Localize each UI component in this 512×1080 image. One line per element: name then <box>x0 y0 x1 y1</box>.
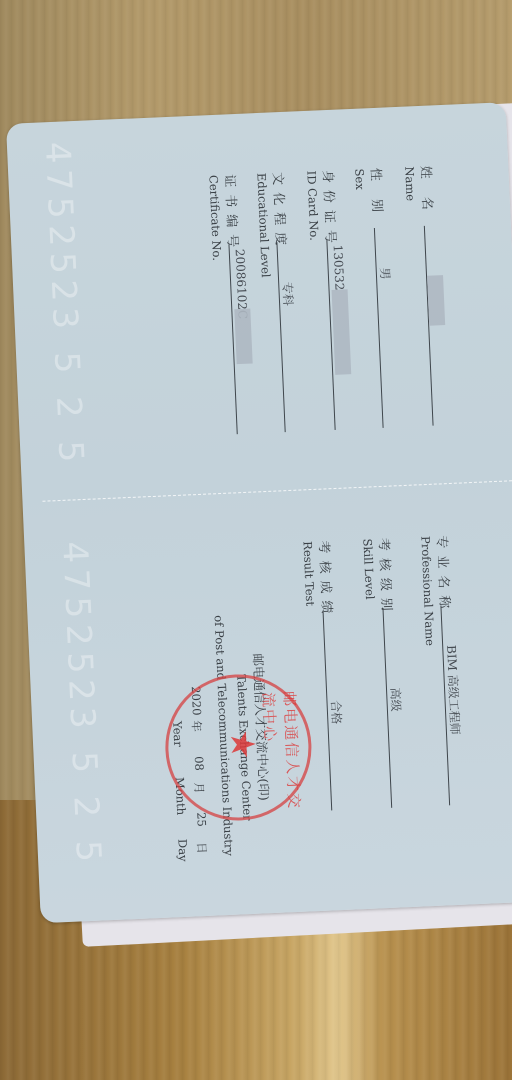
value-education: 专科 <box>279 281 297 306</box>
certificate-booklet: 4752523 5 2 5 4752523 5 2 5 姓 名 Name 性 别… <box>6 102 512 923</box>
redacted-name <box>427 275 445 326</box>
certificate-content: 姓 名 Name 性 别 Sex 男 身份证号 ID Card No. 1305… <box>6 102 512 923</box>
label-education-cn: 文化程度 <box>269 172 291 253</box>
redacted-id <box>332 289 352 375</box>
label-skill-en: Skill Level <box>360 538 377 600</box>
underline-sex <box>374 228 384 428</box>
value-skill: 高级 <box>387 687 405 712</box>
label-skill-cn: 考核级别 <box>375 537 397 618</box>
seal-text: 邮电通信人才交流中心 <box>258 691 305 817</box>
seal-star-icon: ★ <box>222 728 263 760</box>
label-cert-cn: 证书编号 <box>221 174 243 255</box>
redacted-cert <box>234 309 252 365</box>
label-result-en: Result Test <box>300 541 317 606</box>
label-id-en: ID Card No. <box>304 170 321 241</box>
label-profession-cn: 专业名称 <box>433 535 455 616</box>
label-name-en: Name <box>402 166 417 201</box>
date-day: 25 <box>194 812 209 827</box>
value-sex: 男 <box>377 267 395 280</box>
label-name-cn: 姓 名 <box>417 165 438 217</box>
label-id-cn: 身份证号 <box>319 170 341 251</box>
label-result-cn: 考核成绩 <box>315 540 337 621</box>
underline-education <box>276 242 285 432</box>
label-sex-en: Sex <box>352 168 367 190</box>
value-result: 合格 <box>327 700 345 725</box>
date-day-en: Day <box>175 839 190 862</box>
value-profession: BIM 高级工程师 <box>443 645 464 735</box>
label-sex-cn: 性 别 <box>367 167 388 219</box>
date-day-cn: 日 <box>194 842 210 854</box>
